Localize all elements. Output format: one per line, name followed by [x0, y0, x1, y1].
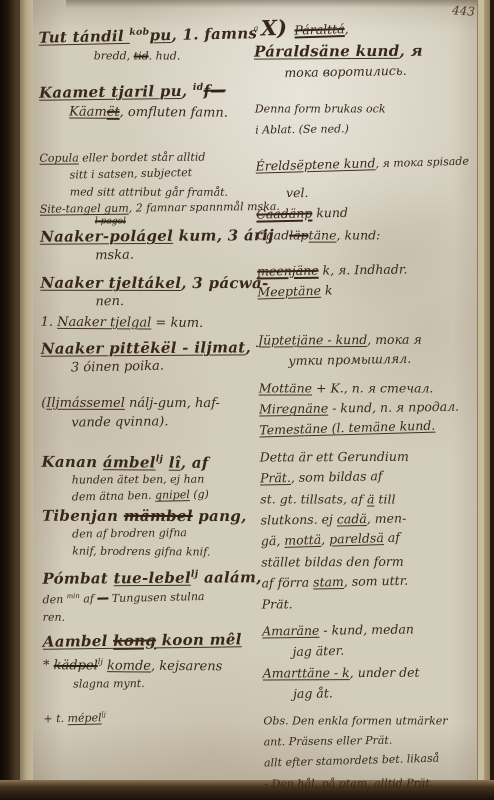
text-segment: (g)	[190, 488, 209, 501]
text-line: bredd, tid. hud.	[94, 47, 253, 64]
text-line: Prät.	[262, 594, 484, 615]
text-segment: ,	[182, 82, 193, 100]
text-segment: Meeptäne	[257, 283, 321, 300]
text-line: nen.	[95, 290, 254, 312]
text-segment: nen.	[95, 294, 124, 309]
text-line: Éreldsëptene kund, я тока spisade	[255, 150, 477, 177]
text-segment: den af brodren gifna	[72, 526, 187, 540]
text-segment: alltid Prät.	[374, 777, 433, 790]
text-line: i Ablat. (Se ned.)	[255, 117, 477, 141]
text-segment: Kaamet tjaril pu	[39, 82, 182, 102]
text-segment: lî	[169, 454, 181, 472]
text-segment: , я	[399, 42, 422, 60]
text-line: sitt i satsen, subjectet	[69, 163, 253, 184]
text-segment: Denna form brukas ock	[255, 103, 386, 116]
right-column: a X) Páralttá,Páraldsäne kund, ятока вор…	[254, 14, 487, 794]
text-segment: Iljmássemel	[46, 396, 125, 411]
text-segment: Temestäne (l. temäne kund.	[259, 418, 435, 438]
text-segment: mépel	[67, 711, 101, 725]
text-segment: kund	[312, 205, 348, 221]
text-segment: pareldsä	[329, 530, 384, 547]
text-line: Site-tangel gum, 2 famnar spannmål mska.	[40, 198, 254, 218]
text-segment: pang,	[193, 507, 247, 525]
text-segment: mêl	[210, 630, 242, 648]
text-segment: , 1. famns	[171, 24, 257, 44]
text-segment: kädpel	[54, 658, 98, 673]
text-segment: Prät.	[260, 470, 291, 486]
text-line: Käamët, omfluten famn.	[69, 103, 253, 124]
text-segment: dem ätna ben.	[72, 489, 155, 504]
text-segment: Amarttäne - k	[263, 665, 350, 680]
text-segment: hunden ätet ben, ej han	[72, 473, 205, 487]
text-segment: med sitt attribut går framåt.	[70, 186, 228, 199]
text-segment: Copula	[39, 151, 78, 164]
text-line: af förra stam, som uttr.	[261, 568, 483, 593]
text-segment: Páralttá	[294, 21, 345, 37]
text-segment: stam	[313, 574, 344, 590]
text-segment: lj	[101, 710, 105, 718]
text-segment: af	[384, 530, 400, 545]
text-segment: 3 óinen poika.	[71, 359, 164, 376]
text-segment: , я тока spisade	[375, 155, 469, 171]
text-segment: . hud.	[149, 49, 181, 62]
text-segment: slutkons. ej	[260, 512, 336, 528]
text-segment: - Den hål. på	[264, 777, 338, 790]
text-segment: den	[42, 593, 66, 607]
text-segment: X)	[260, 15, 294, 41]
text-segment: täne	[309, 228, 337, 243]
text-segment: Naaker tjeltákel	[40, 274, 181, 292]
text-segment: ,	[245, 338, 251, 356]
text-segment: Miregnäne	[259, 401, 328, 417]
text-segment: jag äter.	[292, 643, 344, 659]
text-segment: Naaker-polágel	[40, 227, 173, 246]
text-segment: + K., п. я стечал.	[312, 381, 433, 396]
text-segment: min	[67, 592, 80, 600]
text-segment: Kanan	[42, 453, 103, 471]
text-segment: tid	[134, 49, 149, 62]
text-segment: Naaker tjelgal	[57, 315, 151, 331]
text-line: Obs. Den enkla formen utmärker	[263, 711, 485, 732]
text-segment: Amaräne	[262, 623, 319, 639]
text-segment: allt efter stamordets bet. likaså	[264, 752, 440, 770]
text-segment: ët	[107, 105, 120, 120]
text-segment: Caadänp	[256, 206, 312, 222]
text-segment: bredd,	[94, 49, 134, 62]
text-segment: —	[97, 592, 108, 605]
text-segment: ptam	[339, 777, 368, 790]
text-segment: pu	[149, 26, 171, 44]
text-line: knif, brodrens gifna knif.	[72, 543, 256, 561]
text-segment: Jüptetjäne - kund	[258, 332, 367, 348]
text-segment: *	[43, 658, 54, 673]
text-line: Mottäne + K., п. я стечал.	[259, 378, 481, 399]
text-segment: eller bordet står alltid	[79, 151, 206, 165]
text-segment: Käam	[69, 105, 107, 120]
text-line: * kädpellj komde, kejsarens	[43, 651, 257, 677]
text-segment: Tibenjan	[42, 507, 124, 525]
text-segment: , тока я	[367, 332, 422, 347]
text-line: 3 óinen poika.	[71, 355, 255, 379]
text-line: ren.	[43, 608, 257, 625]
text-segment: st. gt. tillsats, af	[260, 492, 367, 507]
text-line: Prät., som bildas af	[260, 463, 482, 488]
text-segment: - kund, medan	[319, 622, 414, 638]
text-line: jag åt.	[293, 680, 485, 705]
text-segment: Caad	[257, 228, 289, 243]
text-segment: k, я. Indhadr.	[319, 262, 408, 278]
text-line: vande qvinna).	[71, 411, 255, 433]
text-segment: Tungusen stulna	[108, 590, 204, 605]
text-segment: komde	[107, 658, 151, 673]
text-line: st. gt. tillsats, af ä till	[260, 489, 482, 510]
text-segment: , omfluten famn.	[120, 105, 228, 121]
text-segment: mska.	[95, 248, 134, 264]
manuscript-photo: 443 Tut tándil kobpu, 1. famnsbredd, tid…	[0, 0, 494, 800]
text-segment: cadä	[337, 511, 367, 526]
text-segment: knif, brodrens gifna knif.	[72, 545, 210, 559]
left-column: Tut tándil kobpu, 1. famnsbredd, tid. hu…	[39, 23, 258, 727]
text-line: jag äter.	[292, 636, 485, 662]
text-segment: тока воротились.	[284, 63, 407, 80]
text-segment: meenjäne	[257, 263, 319, 279]
text-segment: утки промышлял.	[288, 351, 411, 368]
text-line: l pagol	[95, 217, 254, 227]
text-line: Aambel kong koon mêl	[43, 629, 257, 652]
text-line: Caadänp kund	[256, 199, 478, 224]
text-segment: Tut tándil	[38, 27, 129, 47]
text-line: den af brodren gifna	[72, 523, 256, 542]
text-segment: tue-lebel	[114, 569, 191, 588]
text-segment: Aambel	[43, 632, 113, 651]
text-segment: ,	[367, 777, 374, 790]
text-segment: gä,	[261, 533, 285, 549]
text-segment: , kejsarens	[151, 658, 222, 673]
text-segment: Site-tangel gum	[40, 202, 129, 216]
text-line: Caadläptäne, kund:	[257, 225, 479, 246]
text-line: - Den hål. på ptam, alltid Prät.	[264, 773, 486, 795]
text-segment: , som uttr.	[344, 573, 409, 589]
text-segment: mämbel	[124, 507, 193, 525]
text-line: утки промышлял.	[288, 347, 480, 372]
book-cover-edge	[490, 0, 494, 800]
text-segment: Mottäne	[259, 381, 312, 396]
text-segment: id	[193, 82, 204, 93]
text-line: a X) Páralttá,	[253, 11, 476, 41]
text-segment: l pagol	[95, 216, 126, 226]
text-segment: nálj-gum, haf-	[125, 396, 220, 411]
text-segment: - kund, п. я продал.	[328, 399, 459, 416]
text-segment: mottä	[284, 532, 321, 548]
text-segment: jag åt.	[293, 685, 333, 701]
text-segment: sitt i satsen, subjectet	[69, 166, 192, 182]
text-segment: + t.	[43, 712, 67, 726]
text-line: Kaamet tjaril pu, idf—	[39, 77, 253, 103]
text-segment: Detta är ett Gerundium	[260, 449, 409, 465]
text-segment: , som bildas af	[291, 468, 383, 485]
text-segment: stället bildas den form	[261, 554, 404, 570]
text-segment: kob	[129, 26, 149, 37]
text-segment: qnipel	[155, 488, 190, 502]
text-segment: k	[321, 283, 333, 298]
text-segment: i Ablat. (Se ned.)	[255, 122, 349, 136]
text-segment: till	[374, 492, 395, 507]
text-segment: , under det	[350, 665, 420, 680]
text-segment: vande qvinna).	[71, 414, 168, 430]
text-line: тока воротились.	[284, 59, 476, 84]
text-segment: kong	[113, 631, 156, 650]
text-segment: , 3 pácwá-	[181, 274, 268, 292]
text-segment: ámbel	[103, 453, 156, 471]
text-line: 1. Naaker tjelgal = kum.	[41, 313, 255, 334]
top-shadow	[66, 0, 494, 8]
text-line: Denna form brukas ock	[255, 99, 477, 120]
text-segment: lj	[156, 454, 164, 465]
text-segment: ,	[344, 21, 348, 36]
text-segment: Prät.	[262, 597, 293, 612]
text-segment: f—	[203, 81, 225, 99]
text-line: + t. mépellj	[43, 703, 257, 727]
text-segment: koon	[156, 630, 210, 649]
text-segment: vel.	[286, 185, 309, 200]
text-segment: Obs. Den enkla formen utmärker	[263, 715, 447, 728]
text-segment: ren.	[43, 610, 65, 623]
text-line: Tut tándil kobpu, 1. famns	[38, 20, 252, 47]
text-segment: 1.	[41, 315, 58, 330]
text-segment: = kum.	[151, 316, 203, 331]
text-segment: ant. Präsens eller Prät.	[264, 734, 393, 749]
text-line: mska.	[95, 243, 254, 266]
text-segment: af förra	[261, 575, 313, 591]
book-binding-edge	[0, 0, 20, 800]
text-segment: Páraldsäne kund	[254, 42, 400, 61]
text-segment: af	[80, 592, 98, 605]
text-line: den min af — Tungusen stulna	[42, 584, 256, 608]
text-line: Kanan ámbellj lî, af	[42, 449, 256, 473]
text-segment: , men-	[367, 511, 407, 527]
text-segment: lj	[191, 569, 199, 580]
text-segment: läp	[289, 228, 308, 243]
text-segment: , kund:	[336, 228, 380, 243]
text-segment: Pómbat	[42, 569, 113, 587]
text-segment: , af	[181, 454, 209, 472]
text-line: dem ätna ben. qnipel (g)	[72, 485, 256, 506]
text-segment: slagna mynt.	[73, 677, 145, 690]
text-segment: Éreldsëptene kund	[255, 155, 375, 173]
